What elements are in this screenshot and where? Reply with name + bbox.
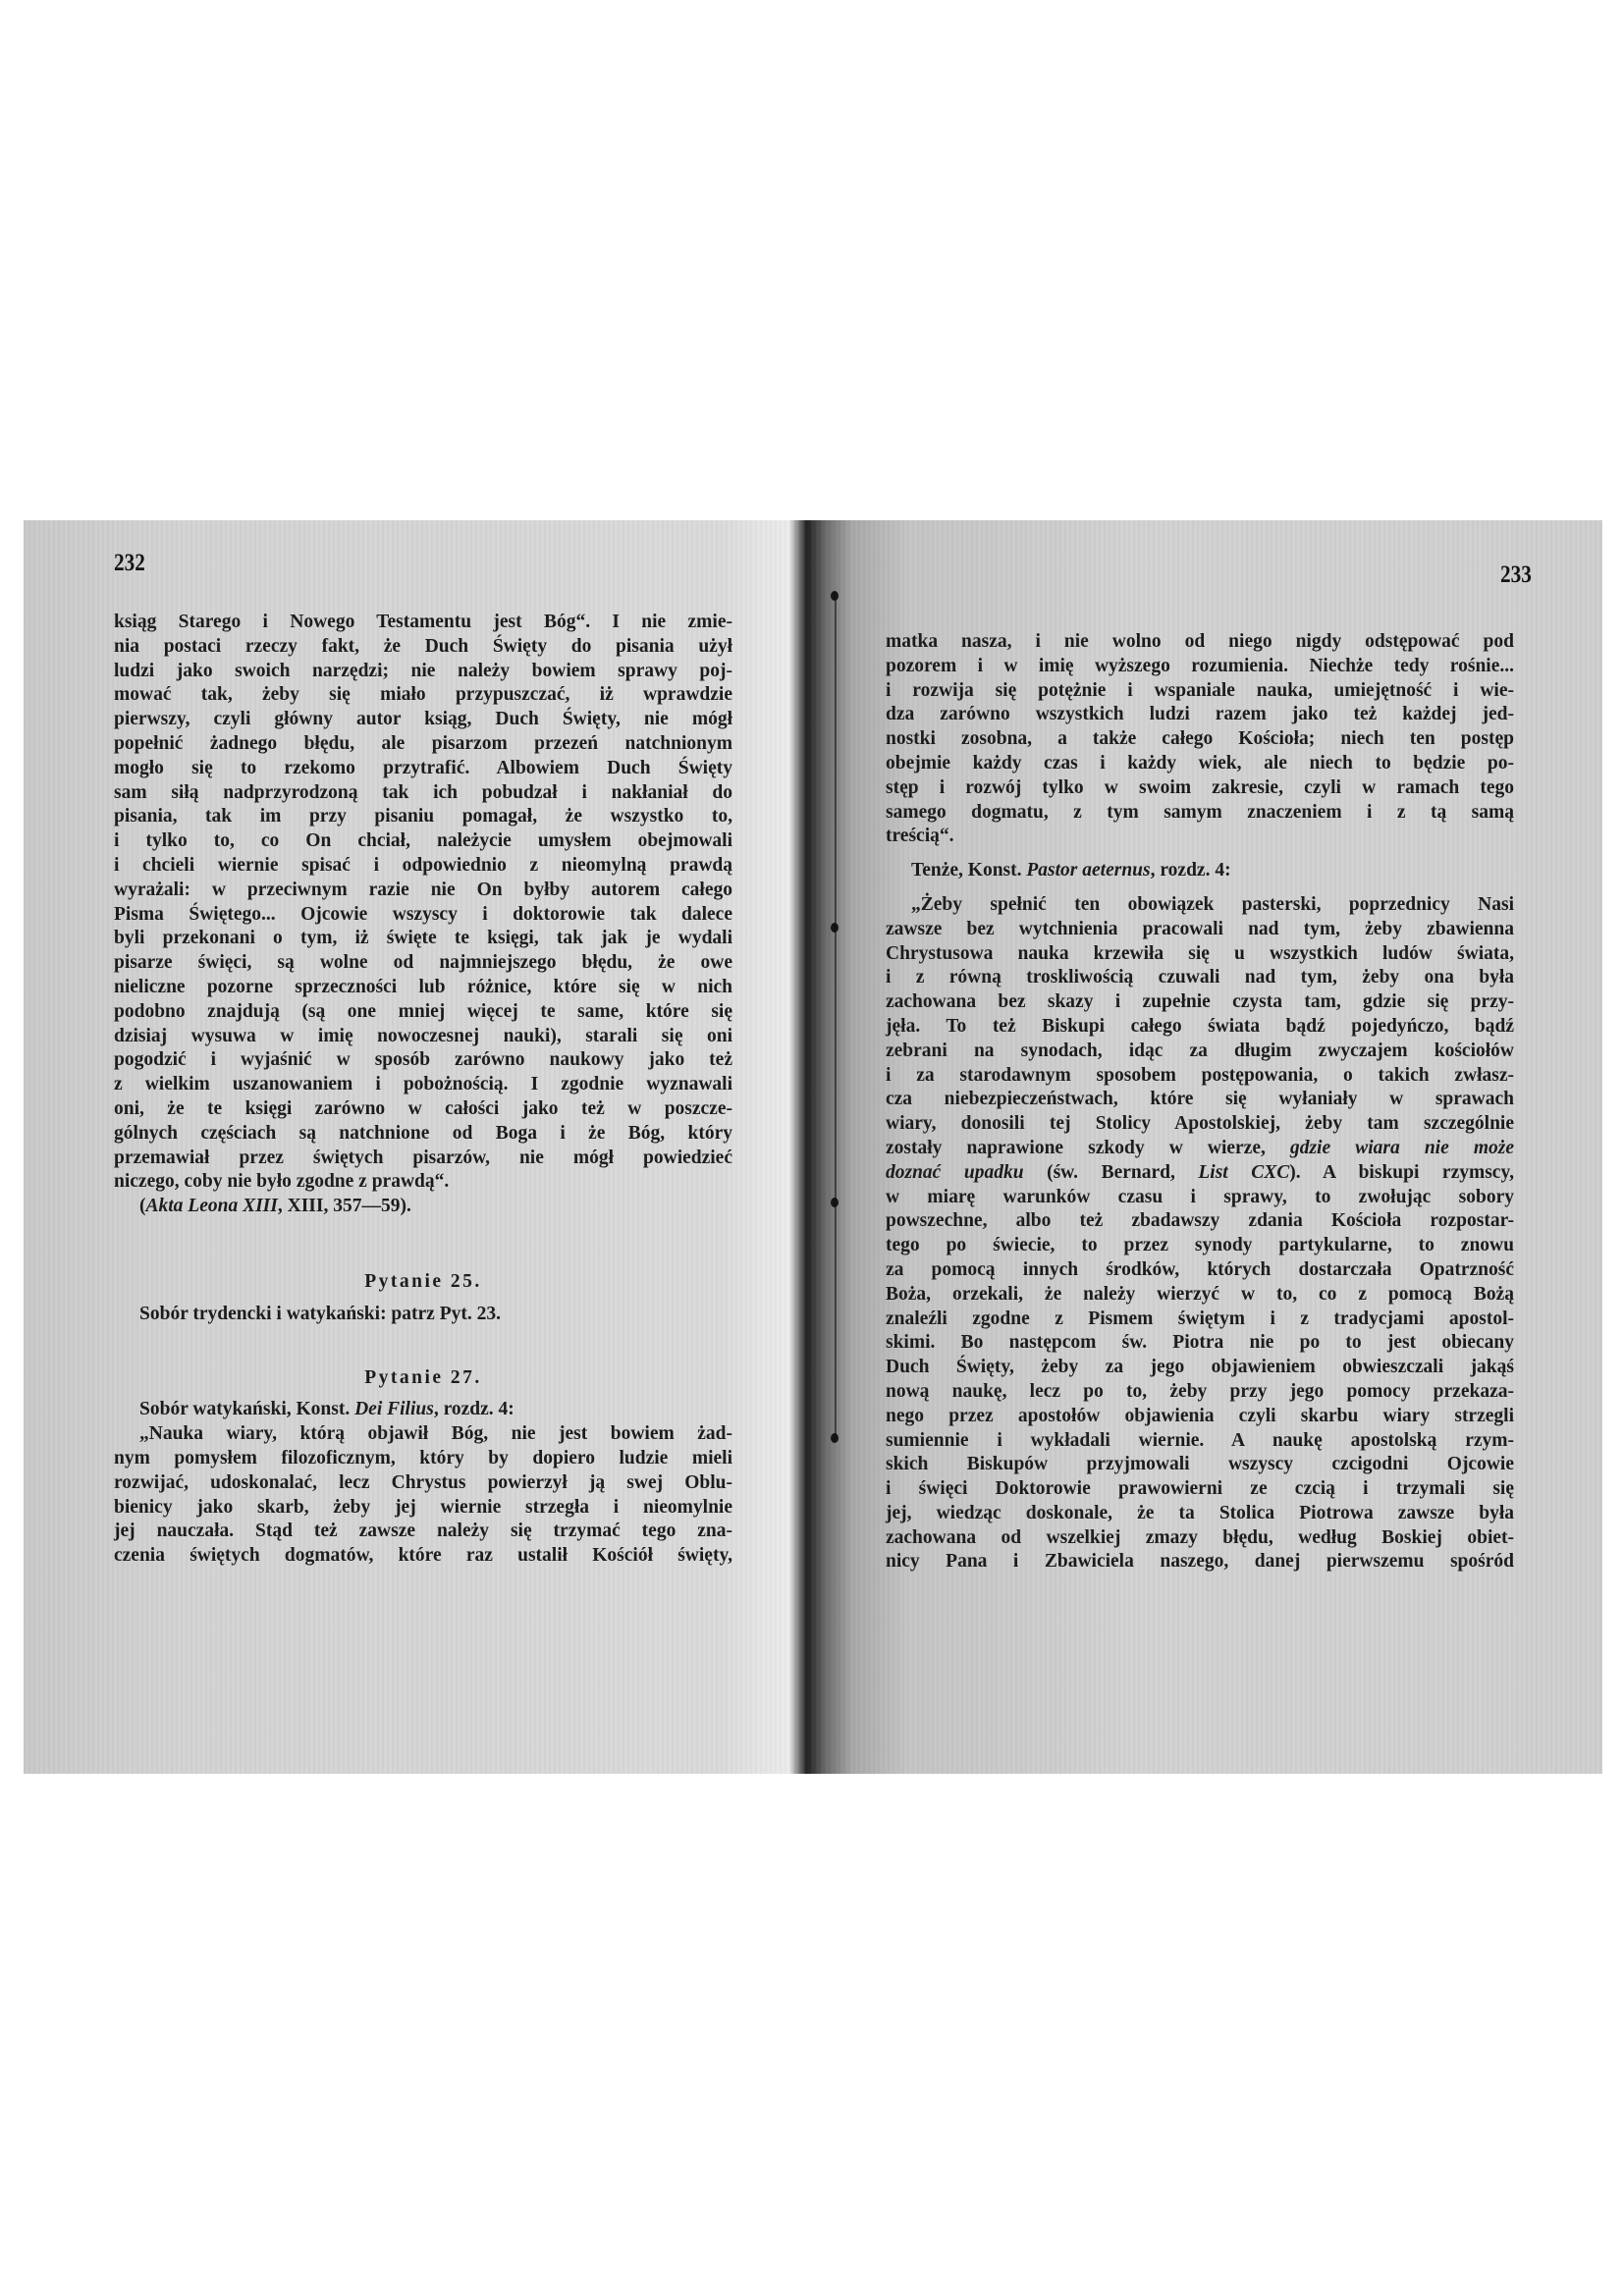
text-line: pierwszy, czyli główny autor ksiąg, Duch… [114,708,732,732]
text-line: ludzi jako swoich narzędzi; nie należy b… [114,660,732,684]
intro-text: Sobór watykański, Konst. [139,1399,354,1419]
text-line: i święci Doktorowie prawowierni ze czcią… [886,1477,1514,1502]
text-line: dza zarówno wszystkich ludzi razem jako … [886,703,1514,727]
text-run: ). A biskupi rzymscy, [1289,1162,1514,1183]
spacer [886,849,1514,859]
text-line: matka nasza, i nie wolno od niego nigdy … [886,630,1514,655]
italic-title: List CXC [1198,1162,1289,1183]
right-page: 233 matka nasza, i nie wolno od niego ni… [835,520,1602,1774]
right-page-paragraph: matka nasza, i nie wolno od niego nigdy … [886,630,1514,849]
text-line: i tylko to, co On chciał, należycie umys… [114,829,732,854]
spacer [886,883,1514,893]
text-line: samego dogmatu, z tym samym znaczeniem i… [886,801,1514,826]
text-line: popełnić żadnego błędu, ale pisarzom prz… [114,732,732,757]
text-line: i rozwija się potężnie i wspaniale nauka… [886,679,1514,704]
text-line: sumiennie i wykładali wiernie. A naukę a… [886,1429,1514,1454]
text-line: zachowana od wszelkiej zmazy błędu, wedł… [886,1526,1514,1551]
text-line: „Żeby spełnić ten obowiązek pasterski, p… [886,893,1514,918]
text-line: jej, wiedząc doskonale, że ta Stolica Pi… [886,1502,1514,1526]
right-page-body: matka nasza, i nie wolno od niego nigdy … [886,630,1514,1575]
citation-ref: , XIII, 357—59). [278,1196,411,1216]
text-line: mować tak, żeby się miało przypuszczać, … [114,683,732,708]
text-line: skimi. Bo następcom św. Piotra nie po to… [886,1331,1514,1356]
text-line: jej nauczała. Stąd też zawsze należy się… [114,1520,732,1544]
intro-text: , rozdz. 4: [434,1399,514,1419]
text-line: przemawiał przez świętych pisarzów, nie … [114,1147,732,1171]
intro-title: Dei Filius [354,1399,434,1419]
text-line: cza niebezpieczeństwach, które się wyłan… [886,1088,1514,1112]
section-heading: Pytanie 27. [114,1366,732,1391]
text-line: nia postaci rzeczy fakt, że Duch Święty … [114,635,732,660]
text-line: mogło się to rzekomo przytrafić. Albowie… [114,757,732,781]
left-page-body: ksiąg Starego i Nowego Testamentu jest B… [114,611,732,1569]
source-text: Tenże, Konst. [911,860,1026,881]
spacer [114,1327,732,1337]
text-line: i chcieli wiernie spisać i odpowiednio z… [114,854,732,879]
text-line: i za starodawnym sposobem postępowania, … [886,1064,1514,1089]
text-line: pozorem i w imię wyższego rozumienia. Ni… [886,655,1514,679]
text-line: podobno znajdują (są one mniej więcej te… [114,1000,732,1025]
text-line: nicy Pana i Zbawiciela naszego, danej pi… [886,1550,1514,1575]
quote-paragraph: „Żeby spełnić ten obowiązek pasterski, p… [886,893,1514,1137]
text-line: zebrani na synodach, idąc za długim zwyc… [886,1040,1514,1064]
text-line: nową naukę, lecz po to, żeby przy jego p… [886,1380,1514,1405]
text-line: Duch Święty, żeby za jego objawieniem ob… [886,1356,1514,1380]
text-line: czenia świętych dogmatów, które raz usta… [114,1544,732,1569]
text-line: rozwijać, udoskonalać, lecz Chrystus pow… [114,1471,732,1496]
text-line: ksiąg Starego i Nowego Testamentu jest B… [114,611,732,635]
text-line: Boża, orzekali, że należy wierzyć w to, … [886,1283,1514,1308]
text-line: stęp i rozwój tylko w swoim zakresie, cz… [886,776,1514,801]
citation-title: Akta Leona XIII [146,1196,278,1216]
text-line: zachowana bez skazy i zupełnie czysta ta… [886,990,1514,1015]
text-line: wyrażali: w przeciwnym razie nie On byłb… [114,879,732,903]
text-line: obejmie każdy czas i każdy wiek, ale nie… [886,752,1514,776]
text-line: powszechne, albo też zbadawszy zdania Ko… [886,1209,1514,1234]
spacer [114,1219,732,1241]
text-line: byli przekonani o tym, iż święte te księ… [114,927,732,951]
text-line: sam siłą nadprzyrodzoną tak ich pobudzał… [114,781,732,806]
text-run: (św. Bernard, [1024,1162,1199,1183]
quote-paragraph-continued: w miarę warunków czasu i sprawy, to zwoł… [886,1186,1514,1575]
source-text: , rozdz. 4: [1151,860,1231,881]
text-line: znaleźli zgodne z Pismem świętym i z tra… [886,1308,1514,1332]
text-line: treścią“. [886,825,1514,849]
text-line: zostały naprawione szkody w wierze, gdzi… [886,1137,1514,1161]
left-page: 232 ksiąg Starego i Nowego Testamentu je… [24,520,799,1774]
page-number: 232 [114,550,145,577]
text-line: gólnych częściach są natchnione od Boga … [114,1122,732,1147]
text-line: nieliczne pozorne sprzeczności lub różni… [114,976,732,1000]
text-line: nym pomysłem filozoficznym, który by dop… [114,1447,732,1471]
text-line: Chrystusowa nauka krzewiła się u wszystk… [886,942,1514,967]
section-25-text: Sobór trydencki i watykański: patrz Pyt.… [114,1303,732,1327]
text-line: doznać upadku (św. Bernard, List CXC). A… [886,1161,1514,1186]
text-line: nostki zosobna, a także całego Kościoła;… [886,727,1514,752]
section-27-intro: Sobór watykański, Konst. Dei Filius, roz… [114,1398,732,1422]
text-line: skich Biskupów przyjmowali wszyscy czcig… [886,1453,1514,1477]
left-page-paragraph: ksiąg Starego i Nowego Testamentu jest B… [114,611,732,1195]
text-line: dzisiaj wysuwa w imię nowoczesnej nauki)… [114,1025,732,1049]
text-line: za pomocą innych środków, których dostar… [886,1258,1514,1283]
text-line: pisarze święci, są wolne od najmniejszeg… [114,951,732,976]
text-line: tego po świecie, to przez synody partyku… [886,1234,1514,1258]
text-line: niczego, coby nie było zgodne z prawdą“. [114,1170,732,1195]
text-line: z wielkim uszanowaniem i pobożnością. I … [114,1073,732,1097]
page-number: 233 [1500,561,1532,589]
text-line: nego przez apostołów objawienia czyli sk… [886,1405,1514,1429]
text-line: pogodzić i wyjaśnić w sposób zarówno nau… [114,1048,732,1073]
section-heading: Pytanie 25. [114,1270,732,1295]
italic-quote: doznać upadku [886,1162,1024,1183]
text-line: i z równą troskliwością czuwali nad tym,… [886,966,1514,990]
book-spread-scan: 232 ksiąg Starego i Nowego Testamentu je… [24,520,1602,1774]
source-reference: Tenże, Konst. Pastor aeternus, rozdz. 4: [886,859,1514,883]
text-line: Pisma Świętego... Ojcowie wszyscy i dokt… [114,903,732,928]
citation: (Akta Leona XIII, XIII, 357—59). [114,1195,732,1219]
text-line: wiary, donosili tej Stolicy Apostolskiej… [886,1112,1514,1137]
text-line: pisania, tak im przy pisaniu pomagał, że… [114,805,732,829]
text-run: zostały naprawione szkody w wierze, [886,1138,1290,1158]
text-line: „Nauka wiary, którą objawił Bóg, nie jes… [114,1422,732,1447]
italic-quote: gdzie wiara nie może [1290,1138,1514,1158]
text-line: jęła. To też Biskupi całego świata bądź … [886,1015,1514,1040]
source-title: Pastor aeternus [1026,860,1150,881]
section-27-quote: „Nauka wiary, którą objawił Bóg, nie jes… [114,1422,732,1569]
text-line: oni, że te księgi zarówno w całości jako… [114,1097,732,1122]
text-line: w miarę warunków czasu i sprawy, to zwoł… [886,1186,1514,1210]
text-line: bienicy jako skarb, żeby jej wiernie str… [114,1496,732,1521]
text-line: zawsze bez wytchnienia pracowali nad tym… [886,918,1514,942]
